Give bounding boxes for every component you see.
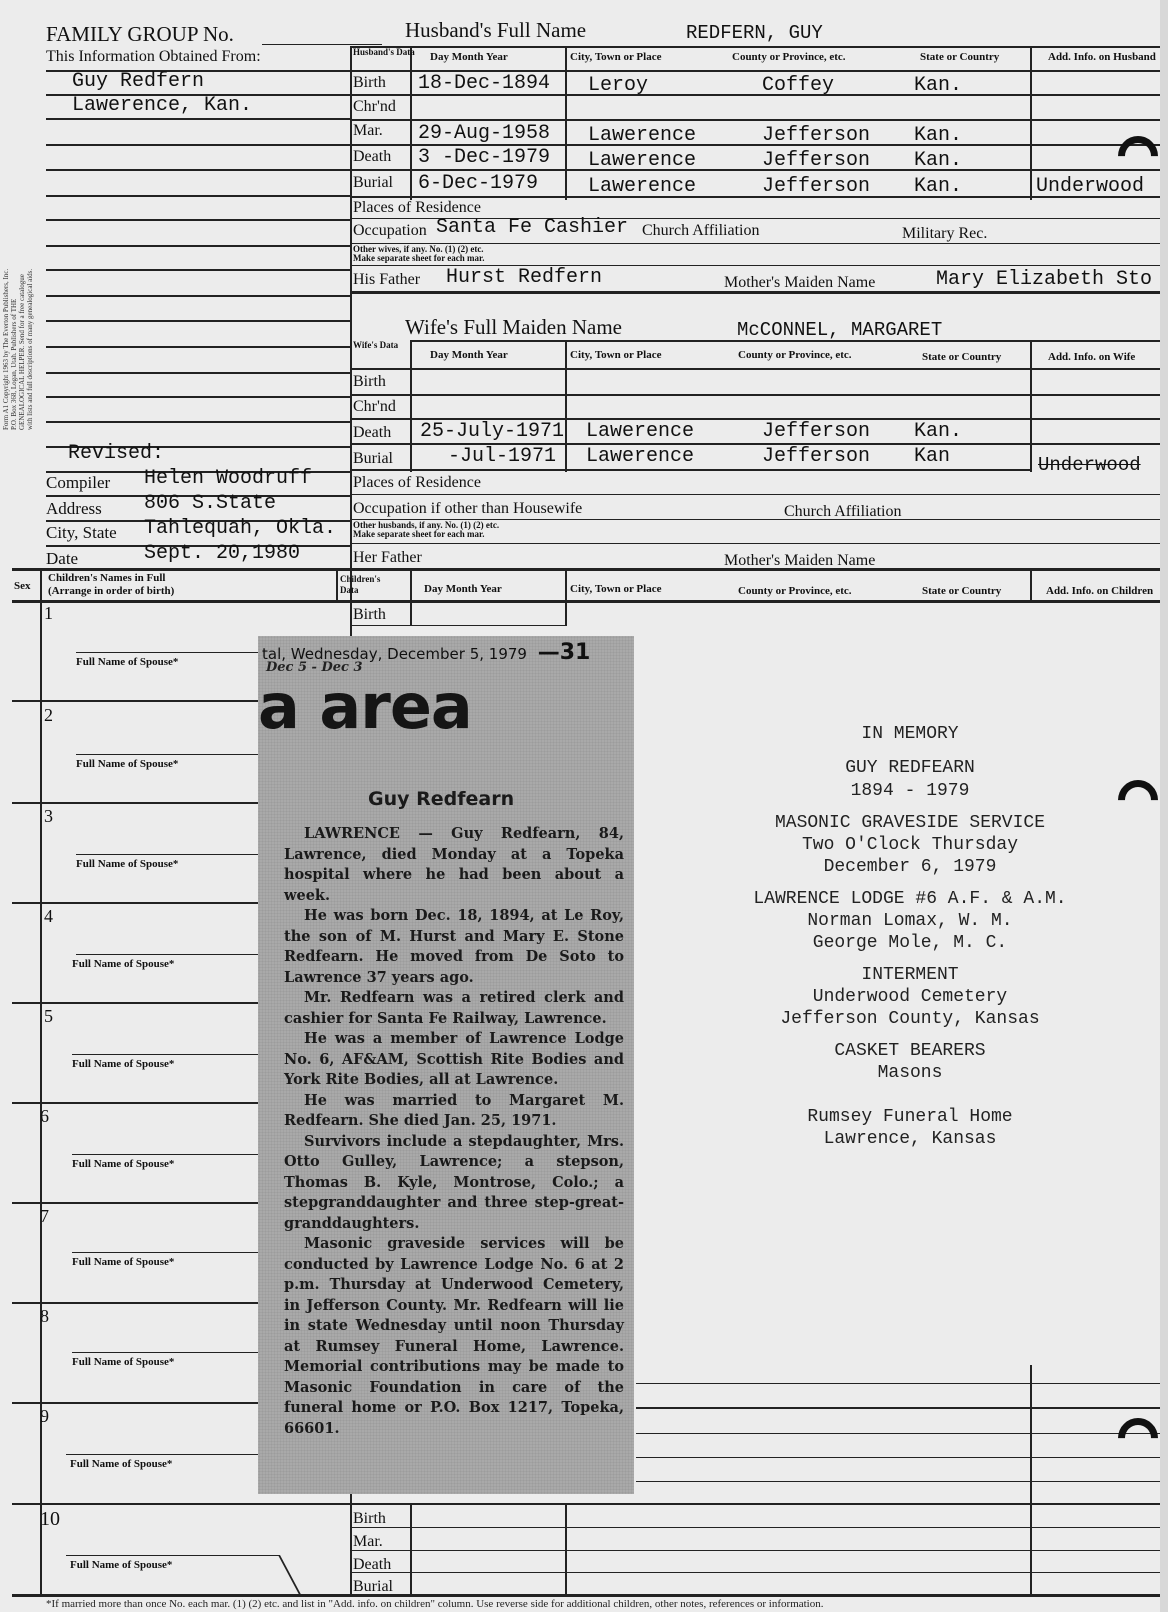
city-state-value: Tahlequah, Okla. <box>144 517 336 540</box>
spouse-label: Full Name of Spouse* <box>76 858 178 870</box>
rule <box>12 1202 272 1204</box>
husband-mother-label: Mother's Maiden Name <box>724 274 875 292</box>
husband-name-label: Husband's Full Name <box>405 18 586 43</box>
children-names-label-1: Children's Names in Full <box>48 572 165 584</box>
grid-divider <box>565 340 567 472</box>
event-label: Death <box>353 148 391 166</box>
obituary-paragraph: He was born Dec. 18, 1894, at Le Roy, th… <box>284 906 624 988</box>
obituary-paragraph: LAWRENCE — Guy Redfearn, 84, Lawrence, d… <box>284 824 624 906</box>
rule <box>350 1572 1160 1573</box>
memorial-service-time: Two O'Clock Thursday <box>700 835 1120 855</box>
rule <box>46 396 350 398</box>
wife-name-label: Wife's Full Maiden Name <box>405 315 622 340</box>
rule <box>350 625 566 626</box>
rule <box>12 1503 1160 1505</box>
wife-data-label: Wife's Data <box>353 341 403 350</box>
rule <box>12 902 272 904</box>
event-label: Chr'nd <box>353 398 396 416</box>
grid-divider <box>40 568 42 1594</box>
spouse-line <box>72 1054 266 1055</box>
rule <box>46 169 350 171</box>
spouse-line <box>76 854 266 855</box>
compiler-value: Helen Woodruff <box>144 467 312 490</box>
event-label: Burial <box>353 174 393 192</box>
child-number: 1 <box>44 603 53 624</box>
husband-father-label: His Father <box>353 271 420 289</box>
obtained-from-label: This Information Obtained From: <box>46 48 261 66</box>
rule <box>12 1002 272 1004</box>
event-info: Underwood <box>1036 175 1144 198</box>
rule <box>350 1527 1160 1528</box>
col-info: Add. Info. on Children <box>1046 585 1153 597</box>
address-value: 806 S.State <box>144 492 276 515</box>
child-number: 3 <box>44 806 53 827</box>
event-label: Burial <box>353 450 393 468</box>
husband-father-value: Hurst Redfern <box>446 266 602 289</box>
family-group-number-line <box>262 44 382 45</box>
memorial-bearers-title: CASKET BEARERS <box>700 1041 1120 1061</box>
rule <box>636 1383 1160 1384</box>
rule <box>46 372 350 374</box>
page-number-text: 31 <box>560 640 591 665</box>
event-label: Death <box>353 424 391 442</box>
grid-divider <box>1030 340 1032 472</box>
rule <box>46 346 350 348</box>
spouse-label: Full Name of Spouse* <box>70 1458 172 1470</box>
obituary-paragraph: He was married to Margaret M. Redfearn. … <box>284 1091 624 1132</box>
rule <box>350 46 1160 48</box>
child-number: 9 <box>40 1406 49 1427</box>
wife-residence-label: Places of Residence <box>353 474 481 492</box>
spouse-line <box>72 1252 266 1253</box>
date-label: Date <box>46 549 78 569</box>
col-date: Day Month Year <box>424 583 502 595</box>
children-data-label: Children's Data <box>340 574 400 596</box>
col-state: State or Country <box>922 351 1001 363</box>
event-city: Lawerence <box>588 149 696 172</box>
spouse-label: Full Name of Spouse* <box>76 758 178 770</box>
event-county: Jefferson <box>762 445 870 468</box>
col-city: City, Town or Place <box>570 51 661 63</box>
event-label: Chr'nd <box>353 98 396 116</box>
rule <box>636 1407 1160 1409</box>
memorial-funeral-home: Rumsey Funeral Home <box>700 1107 1120 1127</box>
footnote: *If married more than once No. each mar.… <box>46 1598 824 1610</box>
rule <box>46 195 350 197</box>
child-1-birth-label: Birth <box>353 606 386 624</box>
rule <box>350 368 1160 370</box>
spouse-label: Full Name of Spouse* <box>72 1356 174 1368</box>
obtained-from-line-1: Guy Redfern <box>72 70 204 93</box>
col-county: County or Province, etc. <box>732 51 846 63</box>
col-city: City, Town or Place <box>570 349 661 361</box>
grid-divider <box>410 600 412 626</box>
spouse-label: Full Name of Spouse* <box>72 958 174 970</box>
child-number: 2 <box>44 705 53 726</box>
obituary-body: LAWRENCE — Guy Redfearn, 84, Lawrence, d… <box>284 824 624 1439</box>
grid-divider <box>1030 1365 1032 1595</box>
wife-father-label: Her Father <box>353 549 422 567</box>
spouse-line <box>66 1454 266 1455</box>
memorial-service-date: December 6, 1979 <box>700 857 1120 877</box>
event-state: Kan. <box>914 124 962 147</box>
child-number: 7 <box>40 1206 49 1227</box>
event-city: Leroy <box>588 74 648 97</box>
rule <box>12 568 1160 571</box>
husband-data-text: Husband's Data <box>353 47 415 57</box>
rule <box>12 700 272 702</box>
clipping-headline: a area <box>258 670 472 743</box>
event-date: 25-July-1971 <box>420 420 564 443</box>
obituary-paragraph: Mr. Redfearn was a retired clerk and cas… <box>284 988 624 1029</box>
memorial-lodge: LAWRENCE LODGE #6 A.F. & A.M. <box>700 889 1120 909</box>
husband-mother-value: Mary Elizabeth Sto <box>936 268 1152 291</box>
event-city: Lawerence <box>586 445 694 468</box>
event-state: Kan <box>914 445 950 468</box>
obituary-paragraph: Survivors include a stepdaughter, Mrs. O… <box>284 1132 624 1235</box>
grid-divider <box>565 568 567 600</box>
col-date: Day Month Year <box>430 349 508 361</box>
col-state: State or Country <box>922 585 1001 597</box>
event-date: 18-Dec-1894 <box>418 72 550 95</box>
memorial-service-title: MASONIC GRAVESIDE SERVICE <box>700 813 1120 833</box>
rule <box>12 600 1160 603</box>
memorial-funeral-home-city: Lawrence, Kansas <box>700 1129 1120 1149</box>
event-label: Mar. <box>353 122 383 140</box>
wife-name-value: McCONNEL, MARGARET <box>737 319 942 341</box>
spouse-line <box>76 652 266 653</box>
newspaper-clipping: tal, Wednesday, December 5, 1979 —31 Dec… <box>258 636 634 1494</box>
memorial-county: Jefferson County, Kansas <box>700 1009 1120 1029</box>
memorial-card: IN MEMORY GUY REDFEARN 1894 - 1979 MASON… <box>700 724 1120 1149</box>
grid-divider <box>1030 568 1032 600</box>
address-label: Address <box>46 499 102 519</box>
memorial-heading: IN MEMORY <box>700 724 1120 744</box>
event-label: Mar. <box>353 1533 383 1551</box>
rule <box>350 291 1160 294</box>
husband-occupation-value: Santa Fe Cashier <box>436 216 628 239</box>
rule <box>46 245 350 247</box>
memorial-officer-1: Norman Lomax, W. M. <box>700 911 1120 931</box>
spouse-label: Full Name of Spouse* <box>70 1559 172 1571</box>
rule <box>12 1302 272 1304</box>
rule <box>12 1102 272 1104</box>
rule <box>636 1457 1160 1458</box>
col-info: Add. Info. on Husband <box>1048 51 1156 63</box>
rule <box>46 269 350 271</box>
rule <box>46 219 350 221</box>
date-value: Sept. 20,1980 <box>144 542 300 565</box>
event-county: Jefferson <box>762 124 870 147</box>
rule <box>46 320 350 322</box>
event-state: Kan. <box>914 74 962 97</box>
spouse-label: Full Name of Spouse* <box>72 1158 174 1170</box>
rule <box>46 295 350 297</box>
event-city: Lawerence <box>586 420 694 443</box>
rule <box>350 119 1160 121</box>
col-state: State or Country <box>920 51 999 63</box>
grid-divider <box>410 1503 412 1595</box>
form-title: FAMILY GROUP No. <box>46 22 234 47</box>
col-county: County or Province, etc. <box>738 349 852 361</box>
spouse-bracket <box>278 1555 302 1597</box>
child-number: 4 <box>44 906 53 927</box>
col-county: County or Province, etc. <box>738 585 852 597</box>
event-label: Birth <box>353 373 386 391</box>
husband-occupation-label: Occupation <box>353 222 427 240</box>
col-city: City, Town or Place <box>570 583 661 595</box>
other-husbands-label-2: Make separate sheet for each mar. <box>353 530 484 539</box>
memorial-name: GUY REDFEARN <box>700 758 1120 778</box>
child-number: 5 <box>44 1006 53 1027</box>
spouse-label: Full Name of Spouse* <box>72 1256 174 1268</box>
grid-divider <box>410 340 412 472</box>
grid-divider <box>565 600 567 626</box>
child-number: 10 <box>40 1508 60 1531</box>
grid-divider <box>336 568 338 600</box>
col-info: Add. Info. on Wife <box>1048 351 1135 363</box>
rule <box>350 1550 1160 1551</box>
event-city: Lawerence <box>588 175 696 198</box>
side-copyright: Form A1 Copyright 1963 by The Everton Pu… <box>2 260 34 430</box>
event-info: Underwood <box>1038 454 1141 476</box>
spouse-line <box>66 1555 280 1556</box>
husband-data-label: Husband's Data <box>353 48 415 57</box>
spouse-label: Full Name of Spouse* <box>72 1058 174 1070</box>
memorial-cemetery: Underwood Cemetery <box>700 987 1120 1007</box>
memorial-interment-title: INTERMENT <box>700 965 1120 985</box>
col-date: Day Month Year <box>430 51 508 63</box>
page-number: —31 <box>538 640 591 665</box>
compiler-label: Compiler <box>46 473 110 493</box>
memorial-officer-2: George Mole, M. C. <box>700 933 1120 953</box>
husband-name-value: REDFERN, GUY <box>686 22 823 44</box>
rule <box>410 340 1160 342</box>
event-city: Lawerence <box>588 124 696 147</box>
child-number: 6 <box>40 1106 49 1127</box>
rule <box>46 118 350 120</box>
rule <box>12 1402 272 1404</box>
rule <box>350 169 1160 171</box>
spouse-line <box>72 1154 266 1155</box>
rule <box>350 543 1160 544</box>
event-date: 29-Aug-1958 <box>418 122 550 145</box>
memorial-years: 1894 - 1979 <box>700 781 1120 801</box>
obituary-paragraph: Masonic graveside services will be condu… <box>284 1234 624 1439</box>
event-label: Birth <box>353 74 386 92</box>
city-state-label: City, State <box>46 523 117 543</box>
event-label: Birth <box>353 1510 386 1528</box>
spouse-line <box>76 954 266 955</box>
obituary-title: Guy Redfearn <box>368 788 514 810</box>
spouse-line <box>76 754 266 755</box>
event-date: 6-Dec-1979 <box>418 172 538 195</box>
rule <box>636 1481 1160 1482</box>
event-county: Jefferson <box>762 175 870 198</box>
obituary-paragraph: He was a member of Lawrence Lodge No. 6,… <box>284 1029 624 1091</box>
event-date: 3 -Dec-1979 <box>418 146 550 169</box>
rule <box>46 144 350 146</box>
wife-occupation-label: Occupation if other than Housewife <box>353 500 582 518</box>
event-county: Jefferson <box>762 420 870 443</box>
event-date: -Jul-1971 <box>448 445 556 468</box>
children-names-label-2: (Arrange in order of birth) <box>48 585 174 597</box>
event-state: Kan. <box>914 149 962 172</box>
husband-church-label: Church Affiliation <box>642 222 759 240</box>
rule <box>46 421 350 423</box>
grid-divider <box>410 568 412 600</box>
rule <box>350 494 1160 495</box>
husband-military-label: Military Rec. <box>902 225 987 243</box>
other-wives-label-2: Make separate sheet for each mar. <box>353 254 484 263</box>
grid-divider <box>565 1503 567 1595</box>
memorial-bearers: Masons <box>700 1063 1120 1083</box>
event-state: Kan. <box>914 175 962 198</box>
spouse-line <box>72 1352 266 1353</box>
rule <box>636 1433 1160 1434</box>
rule <box>12 1594 1160 1597</box>
sex-label: Sex <box>14 580 31 592</box>
rule <box>350 469 1030 471</box>
obtained-from-line-2: Lawerence, Kan. <box>72 94 252 117</box>
event-county: Coffey <box>762 74 834 97</box>
husband-residence-label: Places of Residence <box>353 199 481 217</box>
spouse-label: Full Name of Spouse* <box>76 656 178 668</box>
event-state: Kan. <box>914 420 962 443</box>
revised-label: Revised: <box>68 442 164 465</box>
page-edge <box>1160 0 1168 1612</box>
rule <box>350 394 1160 396</box>
child-number: 8 <box>40 1306 49 1327</box>
rule <box>12 802 272 804</box>
event-county: Jefferson <box>762 149 870 172</box>
